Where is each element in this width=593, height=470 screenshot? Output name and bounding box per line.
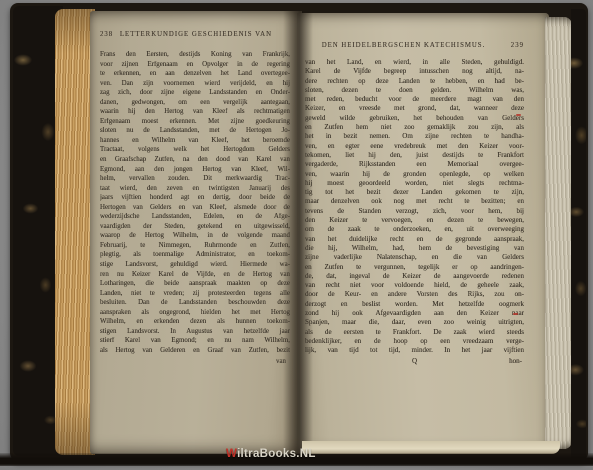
text-line: tevens de Standen verzogt, zich, voor he… — [305, 207, 524, 216]
text-line: en Zutfen te vergunnen, tegelijk er op a… — [305, 263, 524, 272]
text-line: ven. Dan zijn voornemen wierd verijdeld,… — [100, 80, 290, 90]
text-line: bedenklijker, en de hoop op een vreedzaa… — [305, 337, 524, 346]
red-ink-mark — [516, 114, 521, 116]
text-line: en Graafschap Zutfen, na den dood van Ka… — [100, 156, 290, 166]
text-line: maar denzelven ook nog met recht te bezi… — [305, 197, 524, 206]
right-page-number: 239 — [498, 42, 524, 49]
text-line: de, dat, ingeval de Keizer de aangevoerd… — [305, 272, 524, 281]
left-catchword: van — [100, 358, 290, 365]
gathering-signature: Q — [305, 357, 524, 365]
book-photo: 238 LETTERKUNDIGE GESCHIEDENIS VAN Frans… — [0, 0, 593, 470]
text-line: den Keizer te vervoegen, en dezen te bew… — [305, 216, 524, 225]
text-line: het in bezit nemen. Om zijne rechten te … — [305, 132, 524, 141]
text-line: sloten nu de Landsstanden, met de Hertog… — [100, 127, 290, 137]
text-line: Tractaat, volgens welk het Hertogdom Gel… — [100, 146, 290, 156]
text-line: stierf Karel van Egmond; en nu nam Wilhe… — [100, 337, 290, 347]
text-line: ren nu Keizer Karel de Vijfde, en de Her… — [100, 271, 290, 281]
text-line: besluiten. Dan de Landsstanden beschouwd… — [100, 299, 290, 309]
text-line: tekomen, liet hij den, juist destijds te… — [305, 151, 524, 160]
text-line: als Hertog van Gelderen en Graaf van Zut… — [100, 347, 290, 357]
text-line: Egmond, aan den jongen Hertog van Kleef,… — [100, 166, 290, 176]
text-line: vaardigden der Steden, getekend en uitge… — [100, 223, 290, 233]
text-line: Lotharingen, die beide aanspraak maakten… — [100, 280, 290, 290]
text-line: stige Landsvorst, gehuldigd wierd. Hierm… — [100, 261, 290, 271]
text-line: Karel de Vijfde begreep intusschen nog a… — [305, 67, 524, 76]
right-running-title: DEN HEIDELBERGSCHEN KATECHISMUS. — [305, 42, 498, 49]
text-line: taat wierd, den zeven en twintigsten Jan… — [100, 185, 290, 195]
right-page-stack-edge — [545, 17, 572, 449]
text-line: door de Keur- en andere Vorsten des Rijk… — [305, 290, 524, 299]
text-line: zag zich, door zijne eigene Landsstanden… — [100, 89, 290, 99]
right-catchword: hon- — [509, 357, 522, 365]
text-line: met reden, beducht voor de meerdere magt… — [305, 95, 524, 104]
text-line: geweld wilde gebruiken, het behouden van… — [305, 114, 524, 123]
text-line: waarin hij den Hertog van Kleef als rech… — [100, 108, 290, 118]
left-page-text: 238 LETTERKUNDIGE GESCHIEDENIS VAN Frans… — [100, 31, 290, 365]
text-line: vergaderde, Rijksstanden een Memoriaal o… — [305, 160, 524, 169]
left-running-title: LETTERKUNDIGE GESCHIEDENIS VAN — [120, 31, 290, 38]
text-line: stigen Landsvorst. In Augustus van hetze… — [100, 328, 290, 338]
seller-watermark: WiltraBooks.NL — [226, 448, 316, 460]
right-page-text: DEN HEIDELBERGSCHEN KATECHISMUS. 239 van… — [305, 42, 524, 367]
text-line: aanspraken als ongegrond, hielden het me… — [100, 309, 290, 319]
text-line: Erfgenaam moest erkennen. Met zijne goed… — [100, 118, 290, 128]
right-page-body: van het Land, en wierd, in alle Steden, … — [305, 58, 524, 356]
text-line: helm, vervallen zouden. Dit merkwaardig … — [100, 175, 290, 185]
text-line: Spanjen, maar die, daar, even zoo weinig… — [305, 318, 524, 327]
text-line: sloten, dezen te doen gelden. Wilhelm wa… — [305, 86, 524, 95]
text-line: om de zaak te onderzoeken, en, uit overw… — [305, 225, 524, 234]
text-line: Februarij, te Nimmegen, Ruhrmonde en Zut… — [100, 242, 290, 252]
left-fore-edge-pages — [55, 9, 95, 455]
watermark-text: iltraBooks.NL — [237, 448, 316, 460]
red-ink-mark — [513, 313, 518, 315]
text-line: tig tot het bezit dezer Landen gekomen t… — [305, 188, 524, 197]
text-line: waarop de Hertog Wilhelm, in de volgende… — [100, 232, 290, 242]
text-line: hannes en Wilhelm van Kleef, het beroemd… — [100, 137, 290, 147]
text-line: zijne vaderlijke Nalatenschap, en die va… — [305, 253, 524, 262]
text-line: zond hij ook Afgevaardigden aan den Keiz… — [305, 309, 524, 318]
watermark-initial: W — [226, 448, 237, 460]
text-line: derzogt en beslist worden. Met hetzelfde… — [305, 300, 524, 309]
text-line: jaars vijftien honderd agt en dertig, do… — [100, 194, 290, 204]
text-line: wederzijdsche Landsstanden, Edelen, en d… — [100, 213, 290, 223]
left-running-header: 238 LETTERKUNDIGE GESCHIEDENIS VAN — [100, 31, 290, 38]
left-page-number: 238 — [100, 31, 120, 38]
left-page-body: Frans den Eersten, destijds Koning van F… — [100, 51, 290, 357]
text-line: van het duidelijke recht en de gegronde … — [305, 235, 524, 244]
text-line: van het Land, en wierd, in alle Steden, … — [305, 58, 524, 67]
text-line: lijk, van tijd tot tijd, minder. In het … — [305, 346, 524, 355]
text-line: danen, gedwongen, om een vergelijk aante… — [100, 99, 290, 109]
text-line: die hij, Wilhelm, had, hem de bevestigin… — [305, 244, 524, 253]
text-line: plegtig, als toenmalige Administrator, e… — [100, 251, 290, 261]
right-running-header: DEN HEIDELBERGSCHEN KATECHISMUS. 239 — [305, 42, 524, 49]
text-line: en Zutfen hem niet zoo gemaklijk zou zij… — [305, 123, 524, 132]
text-line: Hertogen van Gelders en van Kleef, alsme… — [100, 204, 290, 214]
text-line: als de eersten te Frankfort. De zaak wie… — [305, 328, 524, 337]
text-line: Wilhelm, en erkenden dezen als hunnen to… — [100, 318, 290, 328]
text-line: te erkennen, en aan denzelven het Land o… — [100, 70, 290, 80]
text-line: ven, waarin hij de gronden openlegde, op… — [305, 170, 524, 179]
text-line: dere rechten op deze Landen te hebben, e… — [305, 77, 524, 86]
text-line: van recht niet voor voldoende hield, de … — [305, 281, 524, 290]
text-line: Keizer, en vreesde met grond, dat, wanne… — [305, 104, 524, 113]
text-line: ven, en egter eene vredebreuk met den Ke… — [305, 142, 524, 151]
right-signature-row: Q hon- — [305, 357, 524, 367]
text-line: hij moest geoordeeld worden, niet slegts… — [305, 179, 524, 188]
right-marbled-cover — [571, 9, 586, 460]
text-line: Frans den Eersten, destijds Koning van F… — [100, 51, 290, 61]
text-line: Landen, niet te vreden; zij protesteerde… — [100, 290, 290, 300]
text-line: voor zijnen Erfgenaam en Opvolger in de … — [100, 61, 290, 71]
